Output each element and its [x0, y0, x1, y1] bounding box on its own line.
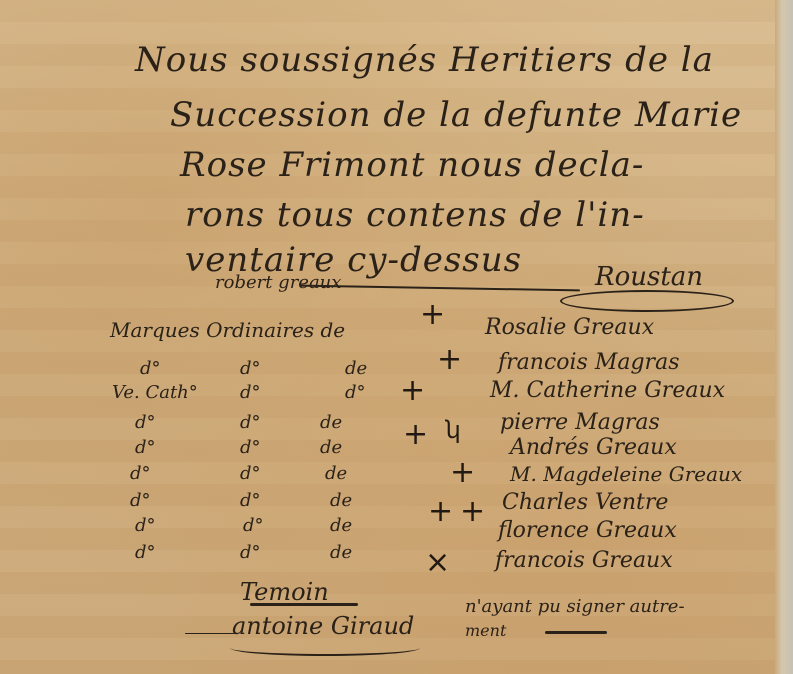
witness-dash	[185, 633, 235, 634]
ditto-r1c2: d°	[240, 358, 261, 379]
ditto-r6c1: d°	[130, 490, 151, 511]
ditto-r8c3: de	[330, 542, 352, 563]
ditto-r3c3: de	[320, 412, 342, 433]
cross-mark-3: +	[400, 376, 425, 406]
note-underline	[545, 631, 607, 634]
signature-line	[300, 285, 580, 292]
witness-underline	[250, 603, 358, 606]
body-line-2: Succession de la defunte Marie	[170, 95, 742, 135]
ditto-r5c1: d°	[130, 463, 151, 484]
cross-mark-1: +	[420, 300, 445, 330]
ditto-r7c1: d°	[135, 515, 156, 536]
heir-name-6: M. Magdeleine Greaux	[510, 462, 742, 486]
signature-robert-greaux: robert greaux	[215, 272, 341, 293]
ditto-r7c3: de	[330, 515, 352, 536]
body-line-3: Rose Frimont nous decla-	[180, 145, 644, 185]
ditto-r6c3: de	[330, 490, 352, 511]
signature-flourish	[560, 290, 734, 312]
signature-roustan: Roustan	[595, 262, 703, 292]
ditto-r3c1: d°	[135, 412, 156, 433]
v-mark: ʮ	[445, 418, 461, 442]
ditto-r4c3: de	[320, 437, 342, 458]
document-page: Nous soussignés Heritiers de la Successi…	[0, 0, 793, 674]
note-line-2: ment	[465, 621, 506, 640]
cross-mark-7: +	[460, 497, 485, 527]
heir-name-3: M. Catherine Greaux	[490, 378, 725, 403]
ditto-r2c3: d°	[345, 382, 366, 403]
cross-mark-6: +	[428, 497, 453, 527]
ditto-r6c2: d°	[240, 490, 261, 511]
heir-name-5: Andrés Greaux	[510, 435, 677, 460]
ditto-r7c2: d°	[243, 515, 264, 536]
heir-name-9: francois Greaux	[495, 548, 673, 573]
marks-header: Marques Ordinaires de	[110, 318, 345, 342]
witness-signature: antoine Giraud	[232, 612, 414, 640]
ditto-r2c1: Ve. Cath°	[112, 382, 198, 403]
heir-name-7: Charles Ventre	[502, 490, 668, 515]
ditto-r4c1: d°	[135, 437, 156, 458]
page-edge	[775, 0, 793, 674]
ditto-r5c3: de	[325, 463, 347, 484]
ditto-r1c1: d°	[140, 358, 161, 379]
witness-label: Temoin	[240, 578, 329, 606]
ditto-r3c2: d°	[240, 412, 261, 433]
body-line-1: Nous soussignés Heritiers de la	[135, 40, 714, 80]
heir-name-8: florence Greaux	[498, 518, 677, 543]
heir-name-2: francois Magras	[498, 350, 679, 375]
cross-mark-2: +	[437, 345, 462, 375]
cross-mark-8: ×	[425, 548, 450, 578]
witness-flourish	[230, 640, 420, 656]
cross-mark-5: +	[450, 458, 475, 488]
ditto-r2c2: d°	[240, 382, 261, 403]
heir-name-1: Rosalie Greaux	[485, 315, 654, 340]
ditto-r8c1: d°	[135, 542, 156, 563]
ditto-r4c2: d°	[240, 437, 261, 458]
heir-name-4: pierre Magras	[500, 410, 660, 435]
ditto-r8c2: d°	[240, 542, 261, 563]
note-line-1: n'ayant pu signer autre-	[465, 596, 685, 617]
cross-mark-4: +	[403, 420, 428, 450]
body-line-4: rons tous contens de l'in-	[185, 195, 645, 235]
ditto-r5c2: d°	[240, 463, 261, 484]
ditto-r1c3: de	[345, 358, 367, 379]
